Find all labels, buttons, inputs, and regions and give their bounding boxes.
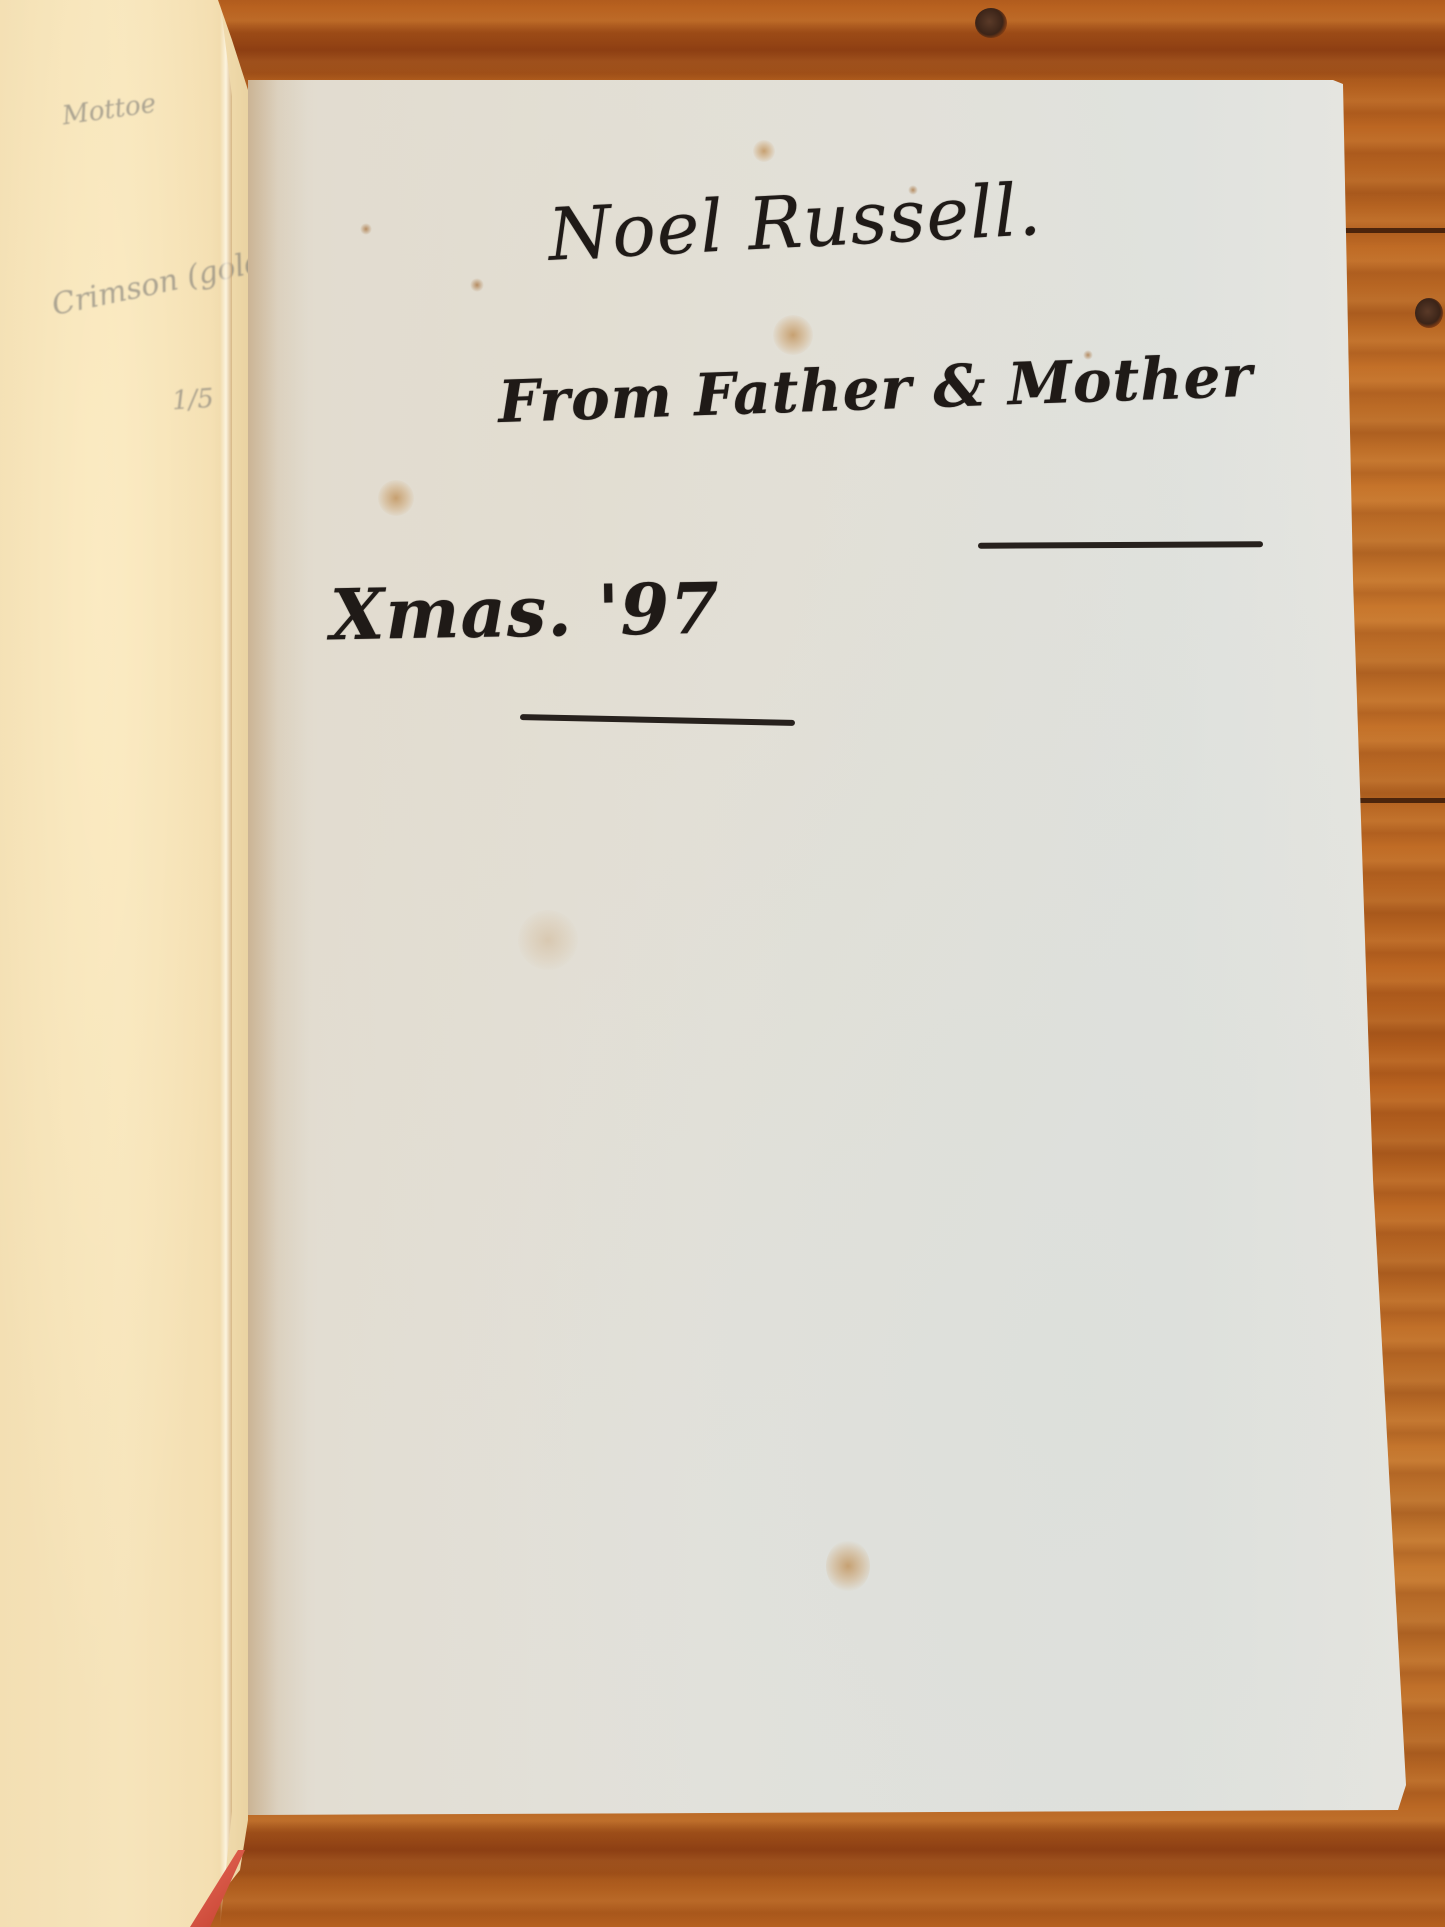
foxing-spot: [518, 910, 578, 970]
gutter-shadow: [248, 80, 308, 1815]
foxing-spot: [773, 315, 813, 355]
foxing-spot: [470, 278, 484, 292]
wood-knot: [1415, 298, 1443, 328]
foxing-spot: [360, 223, 372, 235]
foxing-spot: [378, 480, 414, 516]
inscription-name: Noel Russell.: [546, 167, 1044, 277]
pencil-note: Mottoe: [60, 89, 157, 132]
inscription-date: Xmas. '97: [329, 567, 720, 657]
left-page: Mottoe Crimson (gold) 1/5: [0, 0, 248, 1927]
pencil-note: 1/5: [171, 384, 215, 417]
wood-knot: [975, 8, 1007, 38]
pencil-note: Crimson (gold): [49, 242, 278, 323]
foxing-spot: [826, 1540, 870, 1592]
page-edge-highlight: [220, 0, 232, 1927]
underline: [520, 714, 795, 726]
underline: [978, 541, 1263, 548]
inscription-from-line: From Father & Mother: [497, 342, 1254, 436]
foxing-spot: [753, 140, 775, 162]
flyleaf-page: Noel Russell. From Father & Mother Xmas.…: [248, 80, 1408, 1815]
